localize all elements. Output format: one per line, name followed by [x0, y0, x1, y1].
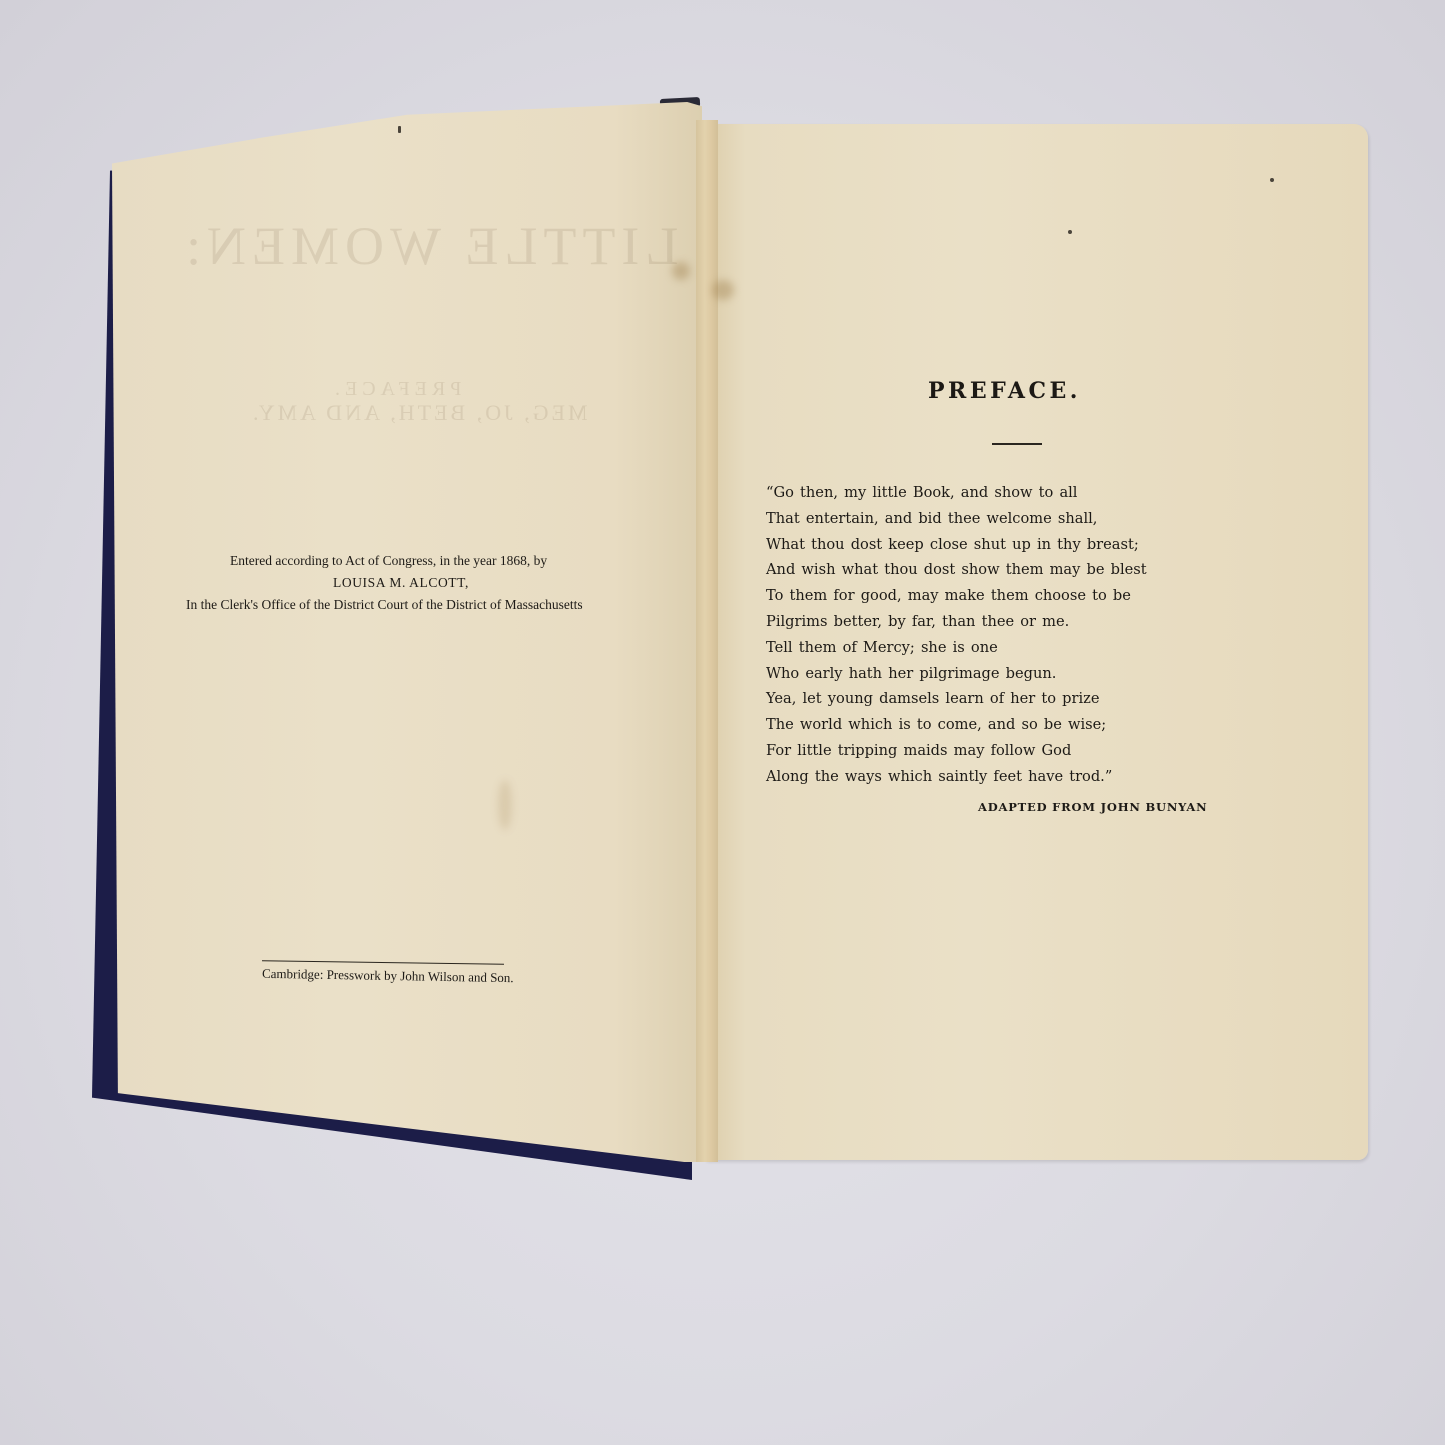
poem-line: For little tripping maids may follow God	[766, 738, 1147, 764]
copyright-office: In the Clerk's Office of the District Co…	[186, 594, 616, 616]
poem-line: Along the ways which saintly feet have t…	[766, 764, 1147, 790]
poem-line: Tell them of Mercy; she is one	[766, 635, 1147, 661]
poem-line: “Go then, my little Book, and show to al…	[766, 480, 1147, 506]
ghost-preface: PREFACE.	[330, 378, 461, 401]
copyright-author: LOUISA M. ALCOTT,	[186, 572, 616, 594]
preface-poem: “Go then, my little Book, and show to al…	[766, 480, 1147, 790]
preface-heading: PREFACE.	[928, 378, 1081, 404]
heading-rule	[992, 443, 1042, 445]
paper-speck	[398, 126, 401, 133]
stain	[498, 780, 512, 830]
copyright-entry: Entered according to Act of Congress, in…	[186, 550, 616, 572]
poem-line: What thou dost keep close shut up in thy…	[766, 532, 1147, 558]
paper-speck	[1270, 178, 1274, 182]
copyright-notice: Entered according to Act of Congress, in…	[186, 550, 616, 616]
poem-line: The world which is to come, and so be wi…	[766, 712, 1147, 738]
ghost-title: LITTLE WOMEN:	[180, 215, 678, 277]
book-gutter	[696, 120, 718, 1162]
poem-line: Who early hath her pilgrimage begun.	[766, 661, 1147, 687]
poem-line: That entertain, and bid thee welcome sha…	[766, 506, 1147, 532]
ghost-dedication: MEG, JO, BETH, AND AMY.	[250, 400, 588, 426]
paper-speck	[1068, 230, 1072, 234]
poem-line: And wish what thou dost show them may be…	[766, 557, 1147, 583]
poem-line: Yea, let young damsels learn of her to p…	[766, 686, 1147, 712]
poem-line: To them for good, may make them choose t…	[766, 583, 1147, 609]
stain	[712, 280, 734, 300]
poem-line: Pilgrims better, by far, than thee or me…	[766, 609, 1147, 635]
poem-attribution: ADAPTED FROM JOHN BUNYAN	[978, 800, 1207, 814]
